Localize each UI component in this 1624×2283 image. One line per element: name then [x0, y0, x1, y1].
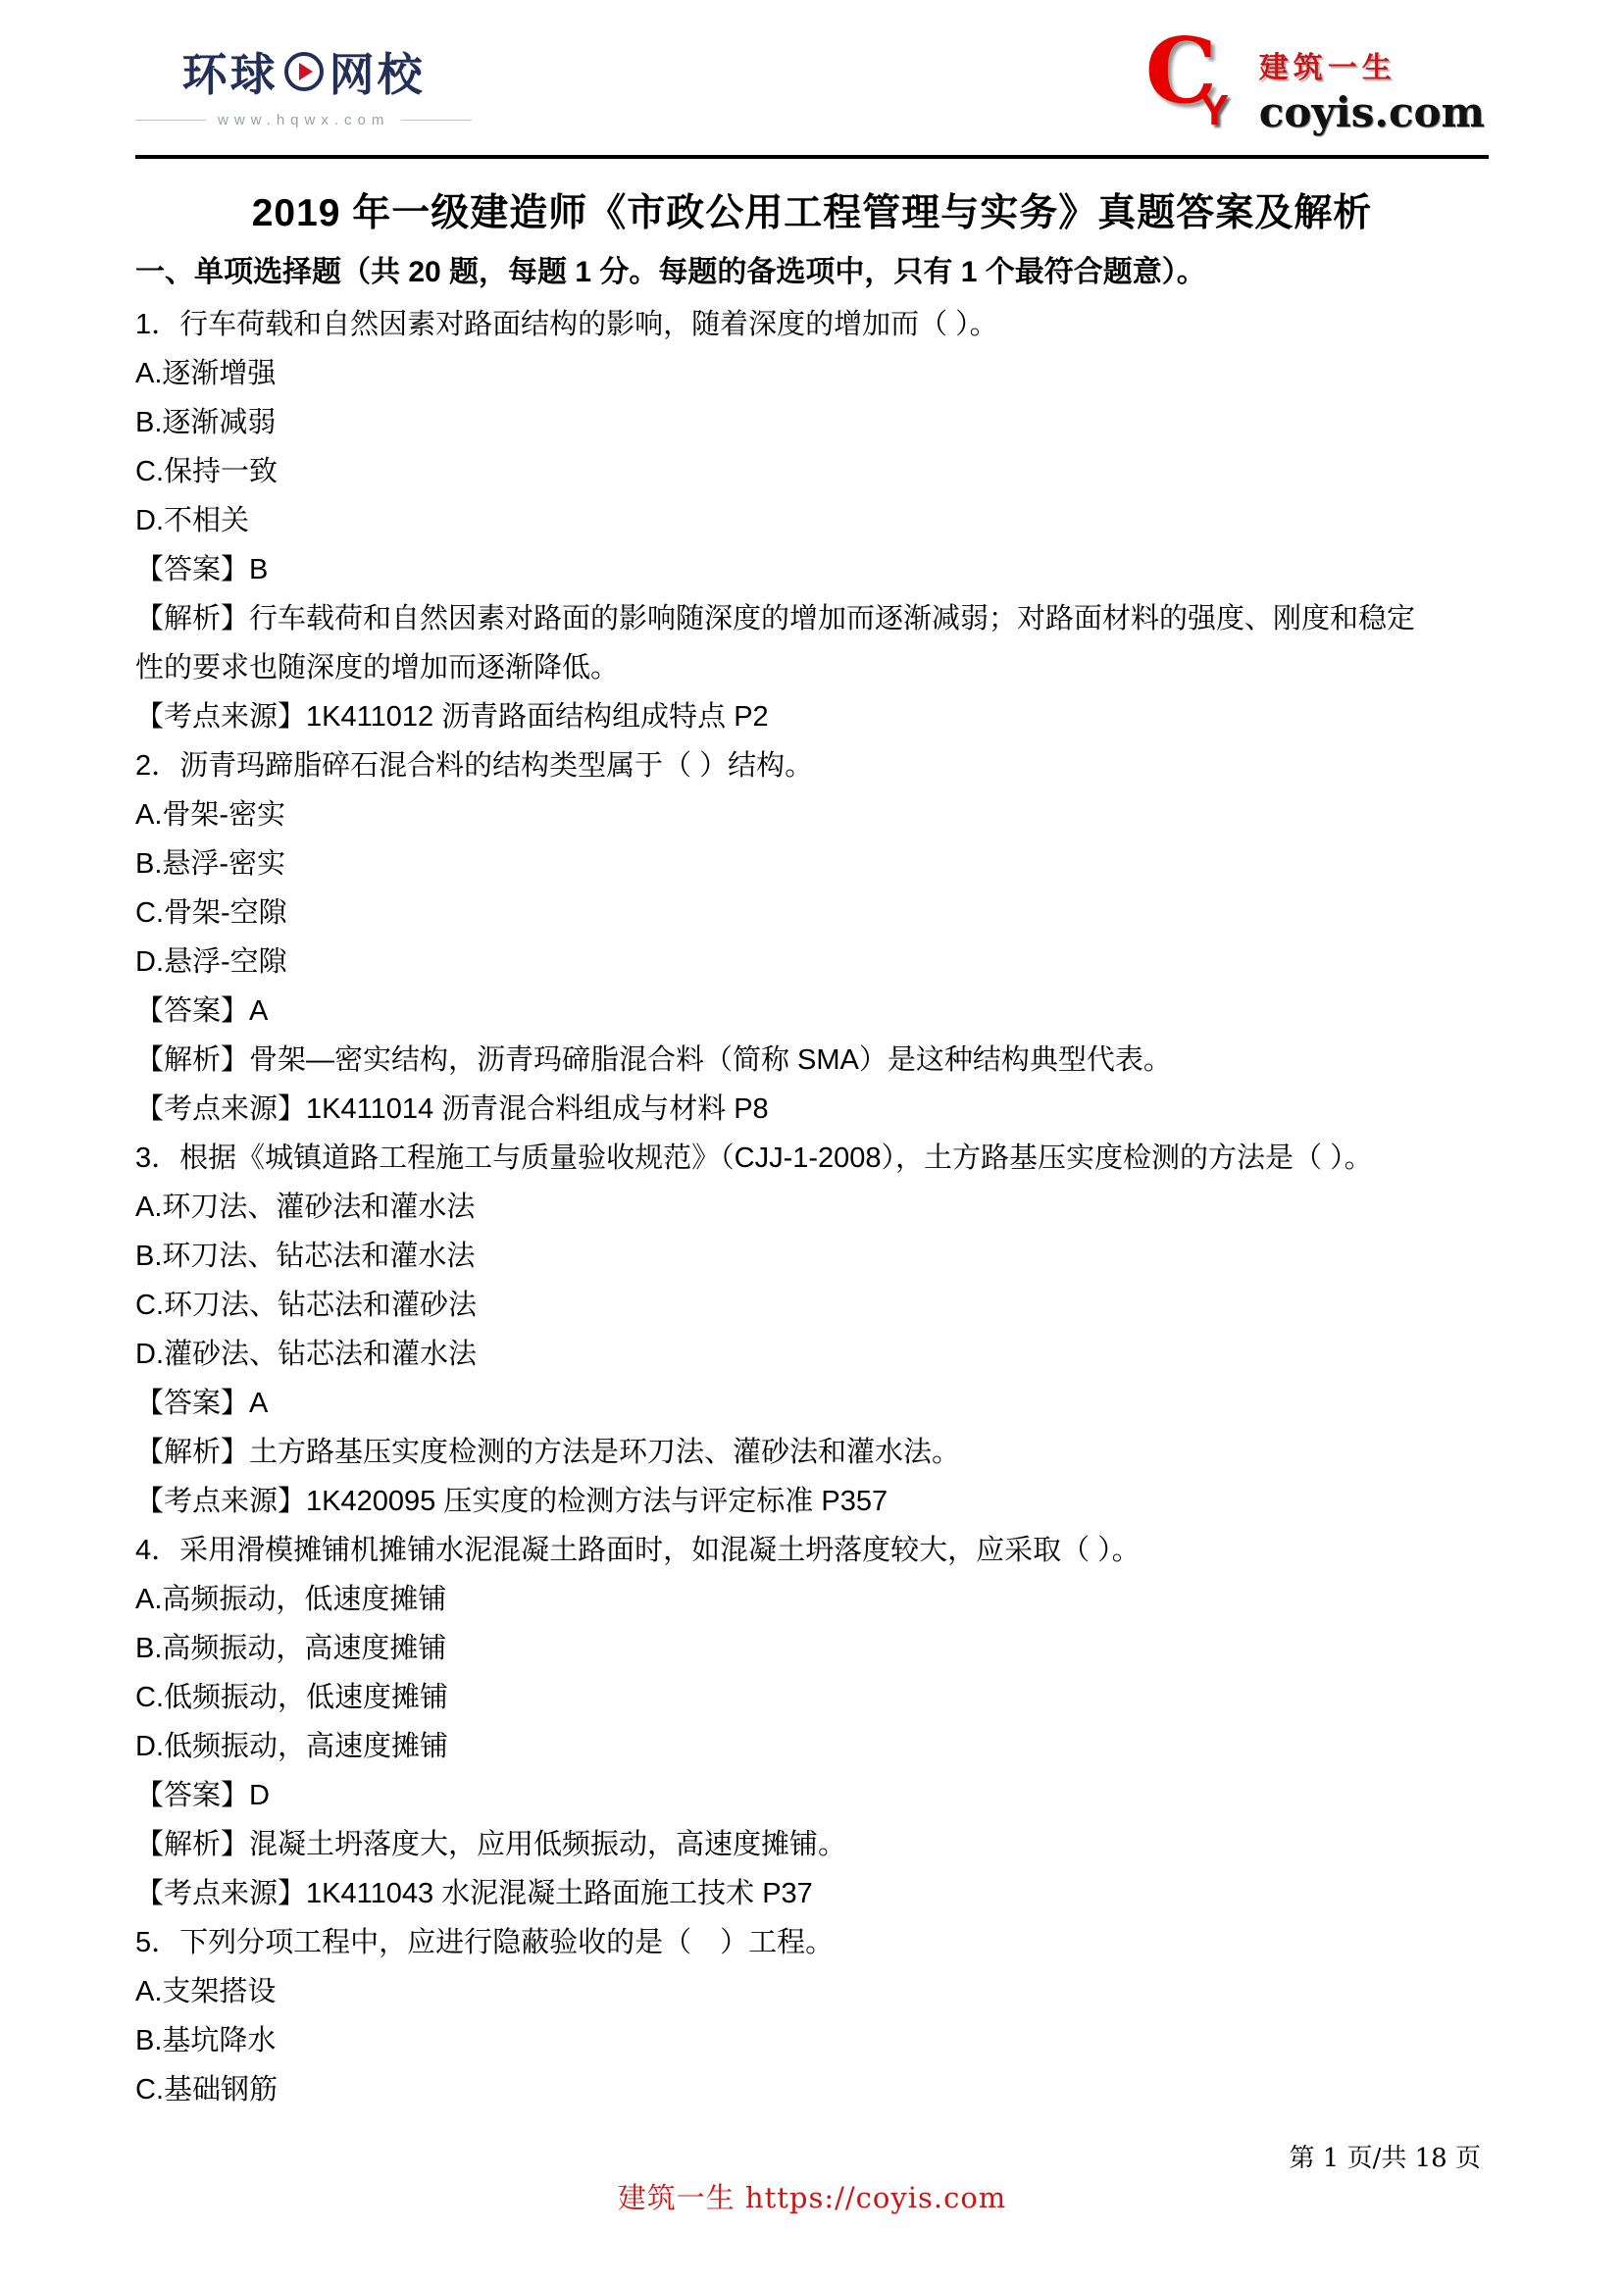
divider — [401, 120, 472, 121]
text-line: 性的要求也随深度的增加而逐渐降低。 — [135, 643, 1489, 692]
text-line: C.骨架-空隙 — [135, 888, 1489, 938]
text-line: 【考点来源】1K411014 沥青混合料组成与材料 P8 — [135, 1085, 1489, 1134]
text-line: D.灌砂法、钻芯法和灌水法 — [135, 1330, 1489, 1379]
text-line: 【答案】A — [135, 987, 1489, 1036]
question-body: 1．行车荷载和自然因素对路面结构的影响，随着深度的增加而（ ）。A.逐渐增强B.… — [135, 300, 1489, 2114]
text-line: 5．下列分项工程中，应进行隐蔽验收的是（ ）工程。 — [135, 1918, 1489, 1967]
hqwx-url-row: www.hqwx.com — [135, 112, 472, 128]
text-line: B.逐渐减弱 — [135, 398, 1489, 447]
text-line: 1．行车荷载和自然因素对路面结构的影响，随着深度的增加而（ ）。 — [135, 300, 1489, 349]
text-line: A.高频振动，低速度摊铺 — [135, 1575, 1489, 1624]
text-line: D.悬浮-空隙 — [135, 938, 1489, 987]
text-line: C.环刀法、钻芯法和灌砂法 — [135, 1281, 1489, 1330]
coyis-logo: C Y 建筑一生 coyis.com — [1145, 25, 1489, 141]
text-line: 【考点来源】1K411012 沥青路面结构组成特点 P2 — [135, 692, 1489, 741]
text-line: A.环刀法、灌砂法和灌水法 — [135, 1183, 1489, 1232]
text-line: C.基础钢筋 — [135, 2065, 1489, 2114]
text-line: 4．采用滑模摊铺机摊铺水泥混凝土路面时，如混凝土坍落度较大，应采取（ ）。 — [135, 1526, 1489, 1575]
text-line: B.环刀法、钻芯法和灌水法 — [135, 1232, 1489, 1281]
coyis-domain: coyis.com — [1259, 88, 1485, 136]
text-line: 3．根据《城镇道路工程施工与质量验收规范》（CJJ-1-2008），土方路基压实… — [135, 1134, 1489, 1183]
hqwx-url: www.hqwx.com — [218, 112, 389, 128]
text-line: A.骨架-密实 — [135, 790, 1489, 839]
text-line: 【解析】行车载荷和自然因素对路面的影响随深度的增加而逐渐减弱；对路面材料的强度、… — [135, 594, 1489, 643]
text-line: D.不相关 — [135, 496, 1489, 545]
text-line: B.高频振动，高速度摊铺 — [135, 1624, 1489, 1673]
text-line: 2．沥青玛蹄脂碎石混合料的结构类型属于（ ）结构。 — [135, 741, 1489, 790]
text-line: 【答案】A — [135, 1379, 1489, 1428]
hqwx-logo: 环球 网校 www.hqwx.com — [135, 39, 472, 128]
text-line: B.基坑降水 — [135, 2016, 1489, 2065]
divider — [135, 120, 206, 121]
hqwx-logo-text-left: 环球 — [182, 39, 279, 104]
coyis-brand-name: 建筑一生 — [1259, 43, 1485, 86]
text-line: D.低频振动，高速度摊铺 — [135, 1722, 1489, 1771]
page-number: 第 1 页/共 18 页 — [1290, 2138, 1481, 2174]
page-header: 环球 网校 www.hqwx.com C Y 建筑一生 coyis.com — [135, 0, 1489, 159]
hqwx-logo-row: 环球 网校 — [182, 39, 426, 104]
text-line: A.逐渐增强 — [135, 349, 1489, 398]
document-content: 2019 年一级建造师《市政公用工程管理与实务》真题答案及解析 一、单项选择题（… — [135, 182, 1489, 2114]
site-link[interactable]: 建筑一生 https://coyis.com — [0, 2176, 1624, 2216]
text-line: 【考点来源】1K411043 水泥混凝土路面施工技术 P37 — [135, 1869, 1489, 1918]
text-line: A.支架搭设 — [135, 1967, 1489, 2016]
document-page: 环球 网校 www.hqwx.com C Y 建筑一生 coyis.com 20… — [0, 0, 1624, 2283]
coyis-texts: 建筑一生 coyis.com — [1259, 25, 1485, 136]
text-line: 【解析】混凝土坍落度大，应用低频振动，高速度摊铺。 — [135, 1820, 1489, 1869]
hqwx-logo-text-right: 网校 — [330, 39, 426, 104]
document-title: 2019 年一级建造师《市政公用工程管理与实务》真题答案及解析 — [135, 182, 1489, 237]
text-line: C.低频振动，低速度摊铺 — [135, 1673, 1489, 1722]
coyis-monogram: C Y — [1145, 25, 1243, 141]
text-line: 【答案】D — [135, 1771, 1489, 1820]
play-triangle-icon — [299, 63, 313, 80]
text-line: 【解析】骨架—密实结构，沥青玛碲脂混合料（简称 SMA）是这种结构典型代表。 — [135, 1036, 1489, 1085]
coyis-letter-y: Y — [1200, 86, 1229, 135]
text-line: 【答案】B — [135, 545, 1489, 594]
text-line: C.保持一致 — [135, 447, 1489, 496]
text-line: 【解析】土方路基压实度检测的方法是环刀法、灌砂法和灌水法。 — [135, 1428, 1489, 1477]
play-icon — [284, 52, 324, 91]
section-heading: 一、单项选择题（共 20 题，每题 1 分。每题的备选项中，只有 1 个最符合题… — [135, 247, 1489, 290]
text-line: 【考点来源】1K420095 压实度的检测方法与评定标准 P357 — [135, 1477, 1489, 1526]
text-line: B.悬浮-密实 — [135, 839, 1489, 888]
